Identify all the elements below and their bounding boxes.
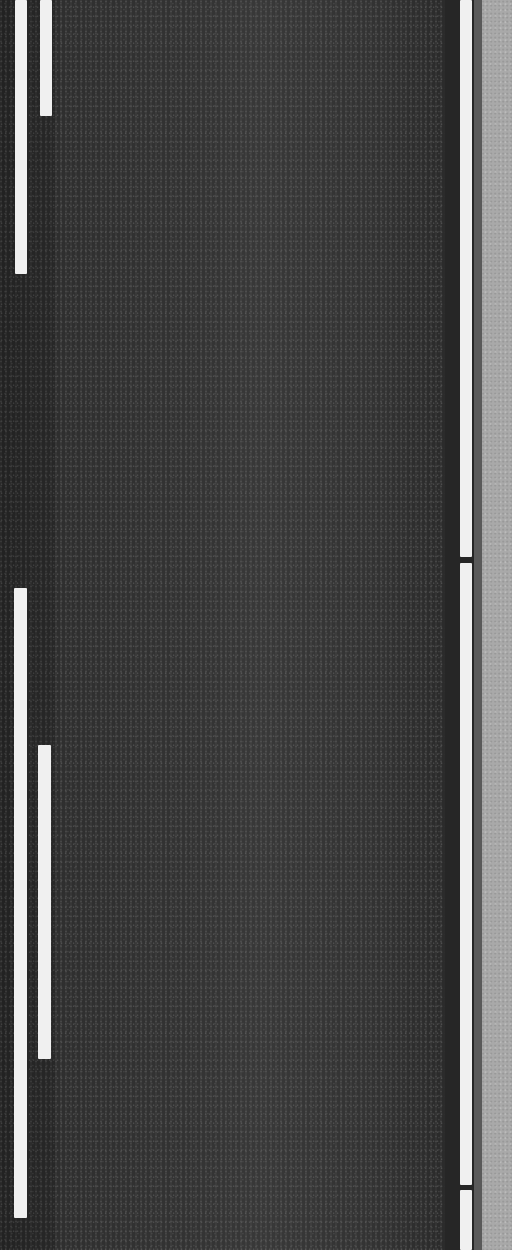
left-outer-dash-1 (15, 0, 27, 274)
right-edge-line-3 (460, 1190, 472, 1250)
asphalt-texture (0, 0, 512, 1250)
curb-sidewalk (482, 0, 512, 1250)
left-inner-dash-1 (40, 0, 52, 116)
left-shoulder (0, 0, 55, 1250)
right-edge-line-1 (460, 0, 472, 557)
road-aerial-view (0, 0, 512, 1250)
right-edge-line-2 (460, 563, 472, 1185)
left-inner-dash-2 (38, 745, 51, 1059)
left-outer-dash-2 (14, 588, 27, 1218)
